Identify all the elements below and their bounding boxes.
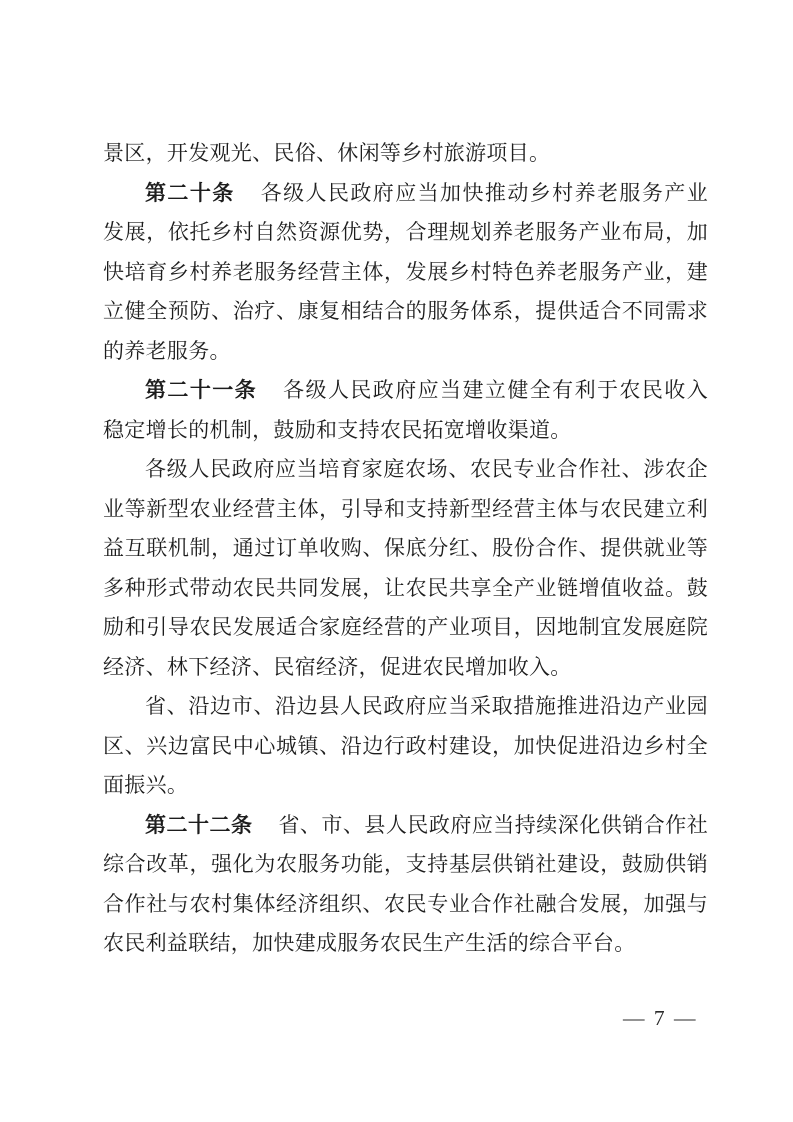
document-page: 景区，开发观光、民俗、休闲等乡村旅游项目。第二十条各级人民政府应当加快推动乡村养…	[0, 0, 793, 1122]
line-text: 立健全预防、治疗、康复相结合的服务体系，提供适合不同需求	[103, 299, 708, 323]
text-line: 面振兴。	[103, 766, 708, 806]
line-text: 农民利益联结，加快建成服务农民生产生活的综合平台。	[103, 931, 636, 955]
article-number-heading: 第二十条	[145, 181, 261, 205]
line-text: 景区，开发观光、民俗、休闲等乡村旅游项目。	[103, 141, 550, 165]
text-line: 稳定增长的机制，鼓励和支持农民拓宽增收渠道。	[103, 411, 708, 451]
text-line: 立健全预防、治疗、康复相结合的服务体系，提供适合不同需求	[103, 292, 708, 332]
text-line: 农民利益联结，加快建成服务农民生产生活的综合平台。	[103, 924, 708, 964]
document-body: 景区，开发观光、民俗、休闲等乡村旅游项目。第二十条各级人民政府应当加快推动乡村养…	[103, 134, 708, 964]
paragraph: 各级人民政府应当培育家庭农场、农民专业合作社、涉农企业等新型农业经营主体，引导和…	[103, 450, 708, 687]
text-line: 益互联机制，通过订单收购、保底分红、股份合作、提供就业等	[103, 529, 708, 569]
page-number: — 7 —	[623, 1006, 698, 1031]
line-text: 各级人民政府应当培育家庭农场、农民专业合作社、涉农企	[145, 457, 708, 481]
line-text: 各级人民政府应当加快推动乡村养老服务产业	[261, 181, 708, 205]
text-line: 第二十二条省、市、县人民政府应当持续深化供销合作社	[103, 806, 708, 846]
text-line: 景区，开发观光、民俗、休闲等乡村旅游项目。	[103, 134, 708, 174]
line-text: 发展，依托乡村自然资源优势，合理规划养老服务产业布局，加	[103, 220, 708, 244]
text-line: 快培育乡村养老服务经营主体，发展乡村特色养老服务产业，建	[103, 253, 708, 293]
paragraph: 省、沿边市、沿边县人民政府应当采取措施推进沿边产业园区、兴边富民中心城镇、沿边行…	[103, 687, 708, 806]
text-line: 业等新型农业经营主体，引导和支持新型经营主体与农民建立利	[103, 490, 708, 530]
text-line: 合作社与农村集体经济组织、农民专业合作社融合发展，加强与	[103, 885, 708, 925]
line-text: 励和引导农民发展适合家庭经营的产业项目，因地制宜发展庭院	[103, 615, 708, 639]
line-text: 稳定增长的机制，鼓励和支持农民拓宽增收渠道。	[103, 418, 572, 442]
text-line: 发展，依托乡村自然资源优势，合理规划养老服务产业布局，加	[103, 213, 708, 253]
line-text: 的养老服务。	[103, 339, 231, 363]
text-line: 的养老服务。	[103, 332, 708, 372]
line-text: 区、兴边富民中心城镇、沿边行政村建设，加快促进沿边乡村全	[103, 734, 708, 758]
article-number-heading: 第二十二条	[145, 813, 278, 837]
article-number-heading: 第二十一条	[145, 378, 283, 402]
text-line: 综合改革，强化为农服务功能，支持基层供销社建设，鼓励供销	[103, 845, 708, 885]
line-text: 合作社与农村集体经济组织、农民专业合作社融合发展，加强与	[103, 892, 708, 916]
line-text: 面振兴。	[103, 773, 188, 797]
line-text: 业等新型农业经营主体，引导和支持新型经营主体与农民建立利	[103, 497, 708, 521]
line-text: 各级人民政府应当建立健全有利于农民收入	[283, 378, 708, 402]
paragraph: 第二十一条各级人民政府应当建立健全有利于农民收入稳定增长的机制，鼓励和支持农民拓…	[103, 371, 708, 450]
paragraph: 景区，开发观光、民俗、休闲等乡村旅游项目。	[103, 134, 708, 174]
text-line: 经济、林下经济、民宿经济，促进农民增加收入。	[103, 648, 708, 688]
line-text: 经济、林下经济、民宿经济，促进农民增加收入。	[103, 655, 572, 679]
line-text: 省、市、县人民政府应当持续深化供销合作社	[278, 813, 708, 837]
line-text: 快培育乡村养老服务经营主体，发展乡村特色养老服务产业，建	[103, 260, 708, 284]
text-line: 各级人民政府应当培育家庭农场、农民专业合作社、涉农企	[103, 450, 708, 490]
paragraph: 第二十条各级人民政府应当加快推动乡村养老服务产业发展，依托乡村自然资源优势，合理…	[103, 174, 708, 372]
text-line: 励和引导农民发展适合家庭经营的产业项目，因地制宜发展庭院	[103, 608, 708, 648]
paragraph: 第二十二条省、市、县人民政府应当持续深化供销合作社综合改革，强化为农服务功能，支…	[103, 806, 708, 964]
line-text: 益互联机制，通过订单收购、保底分红、股份合作、提供就业等	[103, 536, 708, 560]
line-text: 综合改革，强化为农服务功能，支持基层供销社建设，鼓励供销	[103, 852, 708, 876]
text-line: 区、兴边富民中心城镇、沿边行政村建设，加快促进沿边乡村全	[103, 727, 708, 767]
text-line: 多种形式带动农民共同发展，让农民共享全产业链增值收益。鼓	[103, 569, 708, 609]
text-line: 第二十一条各级人民政府应当建立健全有利于农民收入	[103, 371, 708, 411]
line-text: 多种形式带动农民共同发展，让农民共享全产业链增值收益。鼓	[103, 576, 708, 600]
text-line: 第二十条各级人民政府应当加快推动乡村养老服务产业	[103, 174, 708, 214]
text-line: 省、沿边市、沿边县人民政府应当采取措施推进沿边产业园	[103, 687, 708, 727]
line-text: 省、沿边市、沿边县人民政府应当采取措施推进沿边产业园	[145, 694, 708, 718]
